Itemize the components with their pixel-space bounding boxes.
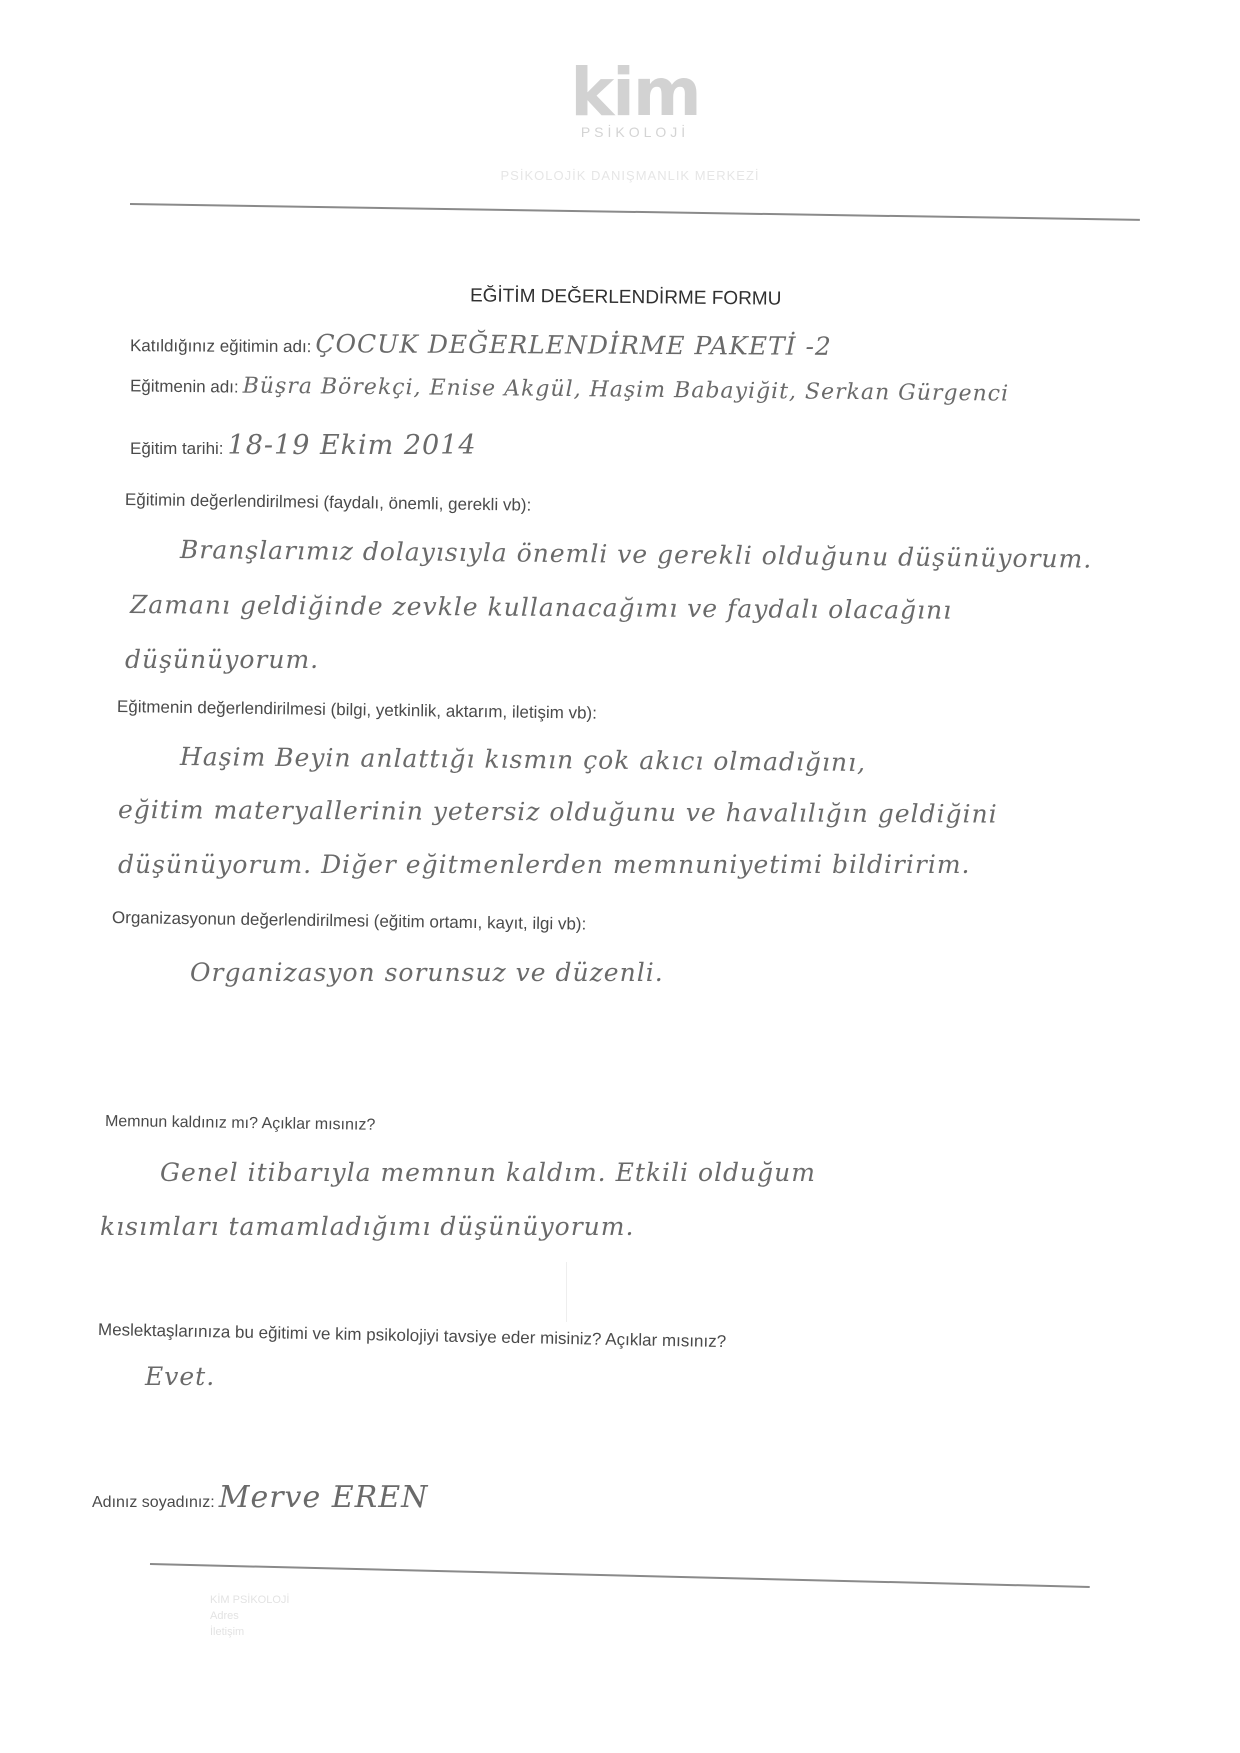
date-value[interactable]: 18-19 Ekim 2014 xyxy=(228,430,477,461)
footer-line: Adres xyxy=(210,1608,289,1624)
field-date: Eğitim tarihi: 18-19 Ekim 2014 xyxy=(130,430,477,461)
footer-divider xyxy=(150,1563,1090,1588)
footer-line: İletişim xyxy=(210,1624,289,1640)
question-satisfaction: Memnun kaldınız mı? Açıklar mısınız? xyxy=(105,1113,376,1135)
question-organization-evaluation: Organizasyonun değerlendirilmesi (eğitim… xyxy=(112,908,587,935)
answer-recommendation-line-1[interactable]: Evet. xyxy=(145,1362,215,1391)
answer-trainer-line-2[interactable]: eğitim materyallerinin yetersiz olduğunu… xyxy=(118,795,998,829)
field-training-name: Katıldığınız eğitimin adı: ÇOCUK DEĞERLE… xyxy=(130,328,832,361)
form-title: EĞİTİM DEĞERLENDİRME FORMU xyxy=(470,285,782,310)
respondent-name-value[interactable]: Merve EREN xyxy=(219,1480,429,1515)
footer-line: KİM PSİKOLOJİ xyxy=(210,1592,289,1608)
answer-trainer-line-3[interactable]: düşünüyorum. Diğer eğitmenlerden memnuni… xyxy=(118,850,970,879)
header-divider xyxy=(130,203,1140,221)
answer-organization-line-1[interactable]: Organizasyon sorunsuz ve düzenli. xyxy=(190,958,664,987)
trainers-label: Eğitmenin adı: xyxy=(130,376,239,397)
training-name-label: Katıldığınız eğitimin adı: xyxy=(130,336,312,357)
trainers-value[interactable]: Büşra Börekçi, Enise Akgül, Haşim Babayi… xyxy=(243,374,1010,407)
answer-trainer-line-1[interactable]: Haşim Beyin anlattığı kısmın çok akıcı o… xyxy=(180,742,866,777)
question-training-evaluation: Eğitimin değerlendirilmesi (faydalı, öne… xyxy=(125,490,532,516)
date-label: Eğitim tarihi: xyxy=(130,439,224,459)
field-trainers: Eğitmenin adı: Büşra Börekçi, Enise Akgü… xyxy=(130,372,1009,406)
logo-tagline: PSİKOLOJİK DANIŞMANLIK MERKEZİ xyxy=(440,168,820,183)
question-trainer-evaluation: Eğitmenin değerlendirilmesi (bilgi, yetk… xyxy=(117,697,597,724)
training-name-value[interactable]: ÇOCUK DEĞERLENDİRME PAKETİ -2 xyxy=(315,329,832,361)
logo-mark: kim xyxy=(560,58,710,128)
respondent-name-label: Adınız soyadınız: xyxy=(92,1494,215,1512)
answer-training-line-1[interactable]: Branşlarımız dolayısıyla önemli ve gerek… xyxy=(180,535,1093,574)
scan-artifact xyxy=(566,1262,567,1322)
question-recommendation: Meslektaşlarınıza bu eğitimi ve kim psik… xyxy=(98,1320,727,1352)
answer-training-line-3[interactable]: düşünüyorum. xyxy=(125,645,319,674)
field-respondent-name: Adınız soyadınız: Merve EREN xyxy=(92,1480,428,1515)
logo-subtitle: PSİKOLOJİ xyxy=(560,124,710,140)
company-logo: kim PSİKOLOJİ xyxy=(560,58,710,140)
footer-address: KİM PSİKOLOJİ Adres İletişim xyxy=(210,1592,289,1640)
answer-satisfaction-line-1[interactable]: Genel itibarıyla memnun kaldım. Etkili o… xyxy=(160,1158,816,1187)
answer-satisfaction-line-2[interactable]: kısımları tamamladığımı düşünüyorum. xyxy=(100,1212,634,1241)
answer-training-line-2[interactable]: Zamanı geldiğinde zevkle kullanacağımı v… xyxy=(130,590,952,625)
